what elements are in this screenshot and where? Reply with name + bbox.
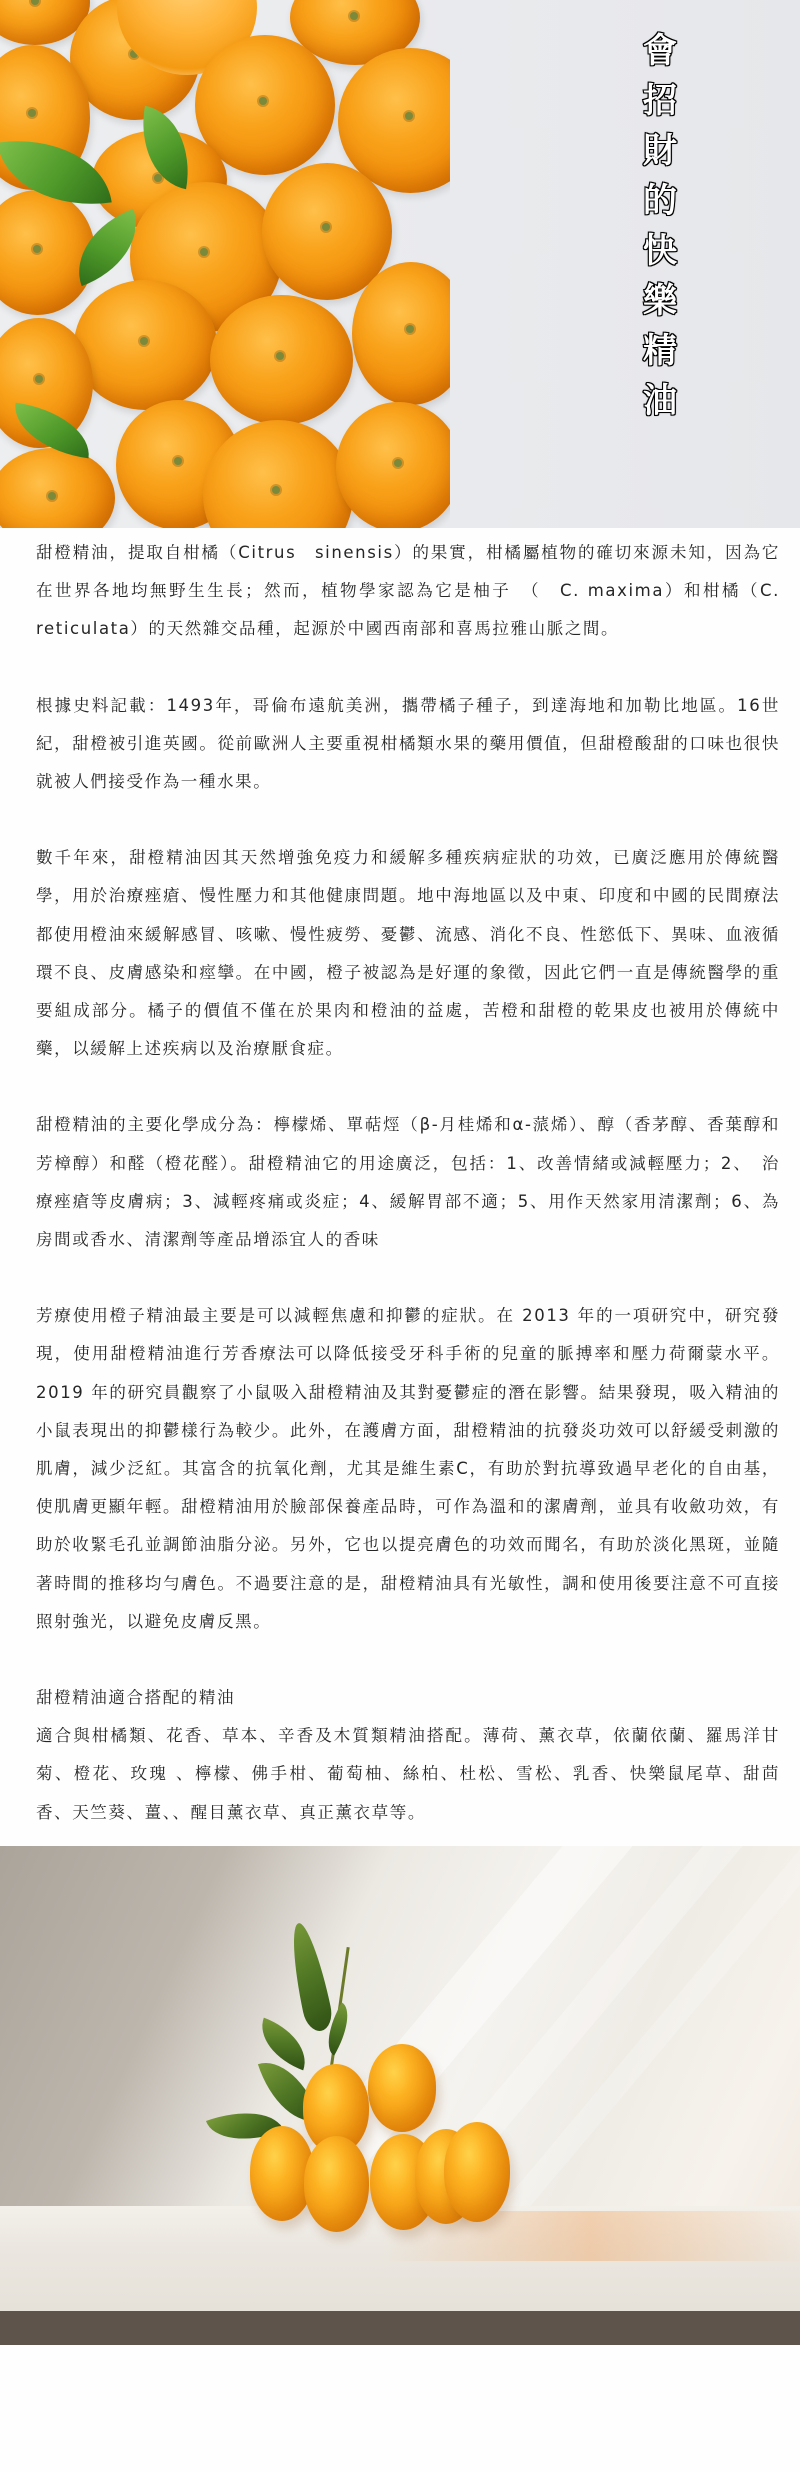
title-char: 油 [643,380,677,422]
leaf-icon [285,1920,335,2033]
paragraph-chemistry-uses: 甜橙精油的主要化學成分為：檸檬烯、單萜烴（β-月桂烯和α-蒎烯）、醇（香茅醇、香… [36,1106,780,1259]
article-body: 甜橙精油，提取自柑橘（Citrus sinensis）的果實，柑橘屬植物的確切來… [0,528,800,1832]
paragraph-history: 根據史料記載：1493年，哥倫布遠航美洲，攜帶橘子種子，到達海地和加勒比地區。1… [36,687,780,802]
hero-fade [380,0,470,528]
page-title: 會 招 財 的 快 樂 精 油 [636,30,684,422]
blending-heading: 甜橙精油適合搭配的精油 [36,1679,780,1717]
table-edge [0,2311,800,2345]
title-char: 招 [643,80,677,122]
title-char: 樂 [643,280,677,322]
hero-banner: 會 招 財 的 快 樂 精 油 [0,0,800,528]
blending-text: 適合與柑橘類、花香、草本、辛香及木質類精油搭配。薄荷、薰衣草，依蘭依蘭、羅馬洋甘… [36,1717,780,1832]
title-char: 快 [643,230,677,272]
paragraph-traditional-medicine: 數千年來，甜橙精油因其天然增強免疫力和緩解多種疾病症狀的功效，已廣泛應用於傳統醫… [36,839,780,1068]
title-char: 的 [643,180,677,222]
title-char: 財 [643,130,677,172]
title-char: 精 [643,330,677,372]
oranges-still-life-photo [0,1846,800,2345]
paragraph-origin: 甜橙精油，提取自柑橘（Citrus sinensis）的果實，柑橘屬植物的確切來… [36,534,780,649]
blending-section: 甜橙精油適合搭配的精油 適合與柑橘類、花香、草本、辛香及木質類精油搭配。薄荷、薰… [36,1679,780,1832]
title-char: 會 [643,30,677,72]
paragraph-aromatherapy-skincare: 芳療使用橙子精油最主要是可以減輕焦慮和抑鬱的症狀。在 2013 年的一項研究中，… [36,1297,780,1641]
